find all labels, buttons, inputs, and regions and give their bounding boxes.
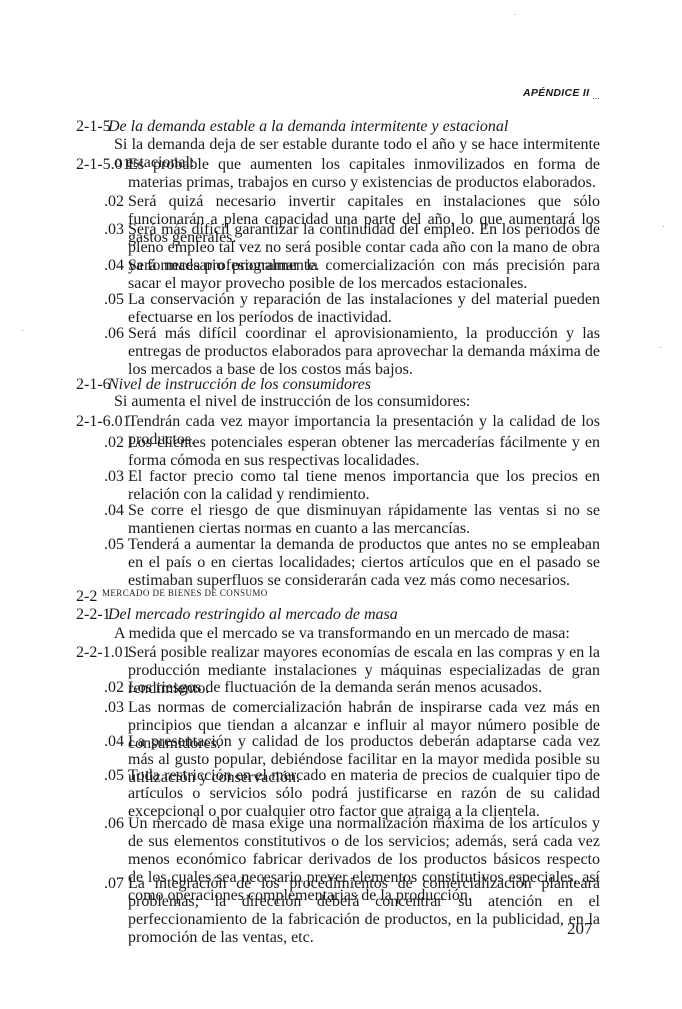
item-text: Es probable que aumenten los capitales i…	[128, 156, 600, 192]
section-intro: Si aumenta el nivel de instrucción de lo…	[76, 393, 600, 411]
list-item: 2-1-5.01 Es probable que aumenten los ca…	[76, 156, 600, 192]
list-item: .06 Será más difícil coordinar el aprovi…	[76, 325, 600, 379]
item-number: .06	[104, 325, 124, 343]
scan-speck	[660, 347, 661, 348]
item-text: El factor precio como tal tiene menos im…	[128, 468, 600, 504]
page-number: 207	[567, 919, 593, 939]
item-number: .07	[104, 875, 124, 893]
section-number: 2-2	[76, 588, 97, 606]
item-number: .05	[104, 536, 124, 554]
running-header: APÉNDICE II...	[523, 87, 600, 99]
list-item: .05 Toda restricción en el mercado en ma…	[76, 767, 600, 821]
scan-speck	[22, 330, 23, 331]
item-number: .02	[104, 193, 124, 211]
section-heading-2-2: 2-2 MERCADO DE BIENES DE CONSUMO	[76, 588, 600, 598]
section-title: MERCADO DE BIENES DE CONSUMO	[102, 588, 600, 598]
item-number: .03	[104, 468, 124, 486]
list-item: .02 Los clientes potenciales esperan obt…	[76, 434, 600, 470]
item-number: .03	[104, 699, 124, 717]
section-number: 2-1-6	[76, 376, 111, 394]
item-number: .02	[104, 434, 124, 452]
list-item: .03 El factor precio como tal tiene meno…	[76, 468, 600, 504]
item-text: Toda restricción en el mercado en materi…	[128, 767, 600, 821]
section-heading-2-1-6: 2-1-6 Nivel de instrucción de los consum…	[76, 376, 600, 394]
list-item: .02 Los riesgos de fluctuación de la dem…	[76, 679, 600, 697]
item-number: .06	[104, 815, 124, 833]
item-number: .02	[104, 679, 124, 697]
section-title: Nivel de instrucción de los consumidores	[108, 376, 600, 394]
section-heading-2-2-1: 2-2-1 Del mercado restringido al mercado…	[76, 606, 600, 624]
list-item: .07 La integración de los procedimientos…	[76, 875, 600, 947]
item-number: .04	[104, 257, 124, 275]
item-text: Se corre el riesgo de que disminuyan ráp…	[128, 502, 600, 538]
item-number: .04	[104, 733, 124, 751]
list-item: .04 Será necesario programar la comercia…	[76, 257, 600, 293]
section-number: 2-2-1	[76, 606, 111, 624]
item-number: 2-1-5.01	[76, 156, 131, 174]
item-text: Los riesgos de fluctuación de la demanda…	[128, 679, 600, 697]
item-number: .03	[104, 221, 124, 239]
section-title: De la demanda estable a la demanda inter…	[108, 118, 600, 136]
section-heading-2-1-5: 2-1-5 De la demanda estable a la demanda…	[76, 118, 600, 136]
scan-speck	[663, 226, 664, 227]
item-number: .05	[104, 291, 124, 309]
item-number: .04	[104, 502, 124, 520]
item-text: Tenderá a aumentar la demanda de product…	[128, 536, 600, 590]
item-number: 2-2-1.01	[76, 644, 131, 662]
item-text: Será necesario programar la comercializa…	[128, 257, 600, 293]
intro-text: Si aumenta el nivel de instrucción de lo…	[114, 393, 600, 411]
header-dots: ...	[592, 92, 600, 101]
list-item: .04 Se corre el riesgo de que disminuyan…	[76, 502, 600, 538]
running-title: APÉNDICE II	[523, 87, 589, 99]
section-intro: A medida que el mercado se va transforma…	[76, 625, 600, 643]
section-title: Del mercado restringido al mercado de ma…	[108, 606, 600, 624]
item-text: La integración de los procedimientos de …	[128, 875, 600, 947]
intro-text: A medida que el mercado se va transforma…	[114, 625, 600, 643]
item-text: Será más difícil coordinar el aprovision…	[128, 325, 600, 379]
item-number: .05	[104, 767, 124, 785]
item-number: 2-1-6.01	[76, 413, 131, 431]
scan-speck	[515, 14, 516, 15]
list-item: .05 La conservación y reparación de las …	[76, 291, 600, 327]
list-item: .05 Tenderá a aumentar la demanda de pro…	[76, 536, 600, 590]
item-text: Los clientes potenciales esperan obtener…	[128, 434, 600, 470]
item-text: La conservación y reparación de las inst…	[128, 291, 600, 327]
section-number: 2-1-5	[76, 118, 111, 136]
